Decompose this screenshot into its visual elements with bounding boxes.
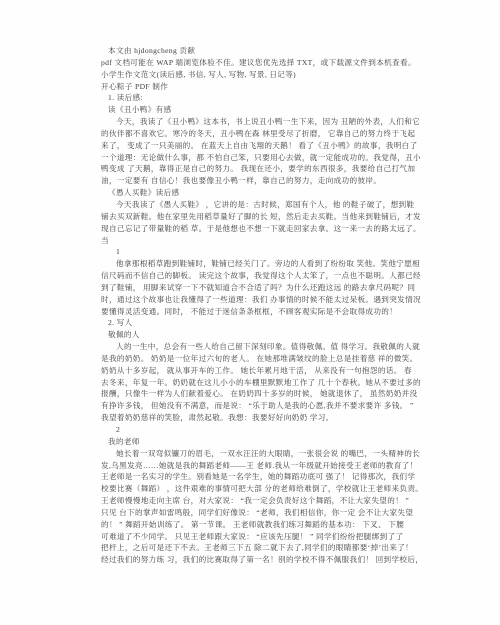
page-number: 2 bbox=[101, 424, 423, 436]
text-line: 今天我读了《愚人买鞋》 ，它讲的是：古时候，郑国有个人，他 的鞋子破了，想到鞋 bbox=[101, 199, 423, 211]
text-line: 来了， 变成了一只美丽的。 在蓝天上自由飞翔的天鹅！ 看了《丑小鸭》的故事，我明… bbox=[101, 140, 423, 152]
format-notice-line: pdf 文档可能在 WAP 端浏览体验不佳。建议您优先选择 TXT，或下载源文件… bbox=[101, 57, 423, 69]
text-line: 要懂得灵活变通。同时， 不能过于迷信条条框框，不顾客观实际是不会取得成功的！ bbox=[101, 306, 423, 318]
text-line: 一个道理：无论做什么事，都 不怕自己笨，只要用心去做，就一定能成功的。我觉得，丑… bbox=[101, 152, 423, 164]
text-line: 奶奶从十多岁起， 就从事开车的工作。 她长年累月地干活， 从来没有一句抱怨的话。… bbox=[101, 365, 423, 377]
text-line: 他拿那根稻草跑到鞋铺时，鞋铺已经关门了。旁边的人看到了纷纷取 笑他。笑他宁愿相 bbox=[101, 258, 423, 270]
text-line: 铺去买双新鞋。他在家里先用稻草量好了脚的长 短，然后走去买鞋。当他来到鞋铺后，才… bbox=[101, 211, 423, 223]
text-line: 信尺码而不信自己的脚板。 读完这个故事，我觉得这个人太笨了，一点也不聪明。人都已… bbox=[101, 270, 423, 282]
text-line: 去冬来，年复一年。奶奶就在这儿小小的车棚里默默地工作了 几十个春秋。她从不要过多… bbox=[101, 377, 423, 389]
text-line: 报酬，只像牛一样为人们献着爱心。 在奶奶四十多岁的时候， 她就退休了， 虽然奶奶… bbox=[101, 388, 423, 400]
text-line: 把杆上，之后可是还下不去。王老师三下五 除二就下去了,同学们的眼睛都要‘掉’出来… bbox=[101, 542, 423, 554]
text-line: 发,乌黑发亮……她就是我的舞蹈老师——王 老师.我从一年级就开始接受王老师的教育… bbox=[101, 460, 423, 472]
document-body: 本文由 hjdongcheng 贡献pdf 文档可能在 WAP 端浏览体验不佳。… bbox=[101, 45, 423, 566]
text-line: 我望着奶奶慈祥的笑脸，肃然起敬。我想：我要好好向奶奶 学习。 bbox=[101, 412, 423, 424]
text-line: 她长着一双弯似镰刀的眉毛，一双水汪汪的大眼睛，一张很会说 的嘴巴，一头精神的长 bbox=[101, 448, 423, 460]
contributor-line: 本文由 hjdongcheng 贡献 bbox=[101, 45, 423, 57]
text-line: 到了鞋铺， 用脚来试穿一下不就知道合不合适了吗？为什么还跑这远 的路去拿尺码呢？… bbox=[101, 282, 423, 294]
page-number: 1 bbox=[101, 246, 423, 258]
text-line: 人的一生中，总会有一些人给自己留下深刻印象。值得敬佩。值 得学习。我敬佩的人就 bbox=[101, 341, 423, 353]
text-line: 时，通过这个故事也让我懂得了一些道理：我们 办事情的时候不能太过呆板。遇到突发情… bbox=[101, 294, 423, 306]
document-page: 本文由 hjdongcheng 贡献pdf 文档可能在 WAP 端浏览体验不佳。… bbox=[0, 0, 500, 625]
essay-title: 我的老师 bbox=[101, 436, 423, 448]
text-line: 有挣许多钱， 但她没有不满意，而是说： “乐于助人是我的心愿,我并不要求要许 多… bbox=[101, 400, 423, 412]
essay-title: 读《丑小鸭》有感 bbox=[101, 104, 423, 116]
text-line: 校要比赛（舞蹈） ，这件艰难的事情可把大部 分的老师给难倒了，学校就让王老师来负… bbox=[101, 483, 423, 495]
text-line: 当 bbox=[101, 235, 423, 247]
text-line: 可难道了不少同学。 只见王老师跟大家说： “应该先压腿！ ” 同学们纷纷把腿绑到… bbox=[101, 531, 423, 543]
producer-line: 开心粽子 PDF 制作 bbox=[101, 81, 423, 93]
text-line: 的！ ” 舞蹈开始训练了。 第一节课。 王老师就教我们练习舞蹈的基本功： 下叉、… bbox=[101, 519, 423, 531]
section-heading: 1. 读后感: bbox=[101, 92, 423, 104]
text-line: 油，一定要有 自信心！我也要像丑小鸭一样，靠自己的努力，走向成功的彼岸。 bbox=[101, 175, 423, 187]
text-line: 鸭变成 了天鹅，靠得正是自己的努力。 我现在还小，要学的东西很多，我要给自己打气… bbox=[101, 163, 423, 175]
text-line: 现自己忘记了带量鞋的稻 草。于是他想也不想一下就走回家去拿。这一来一去的路太远了… bbox=[101, 223, 423, 235]
document-title-line: 小学生作文范文(读后感, 书信, 写人, 写物, 写景, 日记等) bbox=[101, 69, 423, 81]
section-heading: 2. 写人 bbox=[101, 317, 423, 329]
text-line: 是我的奶奶。 奶奶是一位年过六旬的老人。 在她那堆满皱纹的脸上总是挂着慈 祥的微… bbox=[101, 353, 423, 365]
text-line: 今天，我读了《丑小鸭》这本书，书上说丑小鸭一生下来，因为 丑陋的外表，人们和它 bbox=[101, 116, 423, 128]
text-line: 经过我们的努力练 习，我们的比赛取得了第一名！别的学校不得不佩服我们！ 回到学校… bbox=[101, 554, 423, 566]
text-line: 王老师慢慢地走向主席 台，对大家说： “我一定会负责好这个舞蹈，不让大家失望的！… bbox=[101, 495, 423, 507]
text-line: 的伙伴都不喜欢它。寒冷的冬天，丑小鸭在森 林里受尽了折磨， 它靠自己的努力终于飞… bbox=[101, 128, 423, 140]
text-line: 只见 台下的掌声如雷鸣般，同学们好像说： “老师，我们相信你，你一定 会不让大家… bbox=[101, 507, 423, 519]
essay-title: 《愚人买鞋》读后感 bbox=[101, 187, 423, 199]
text-line: 王老师是一名实习的学生。别看她是一名学生，她的舞蹈功底可 强了！ 记得那次，我们… bbox=[101, 471, 423, 483]
essay-title: 敬佩的人 bbox=[101, 329, 423, 341]
